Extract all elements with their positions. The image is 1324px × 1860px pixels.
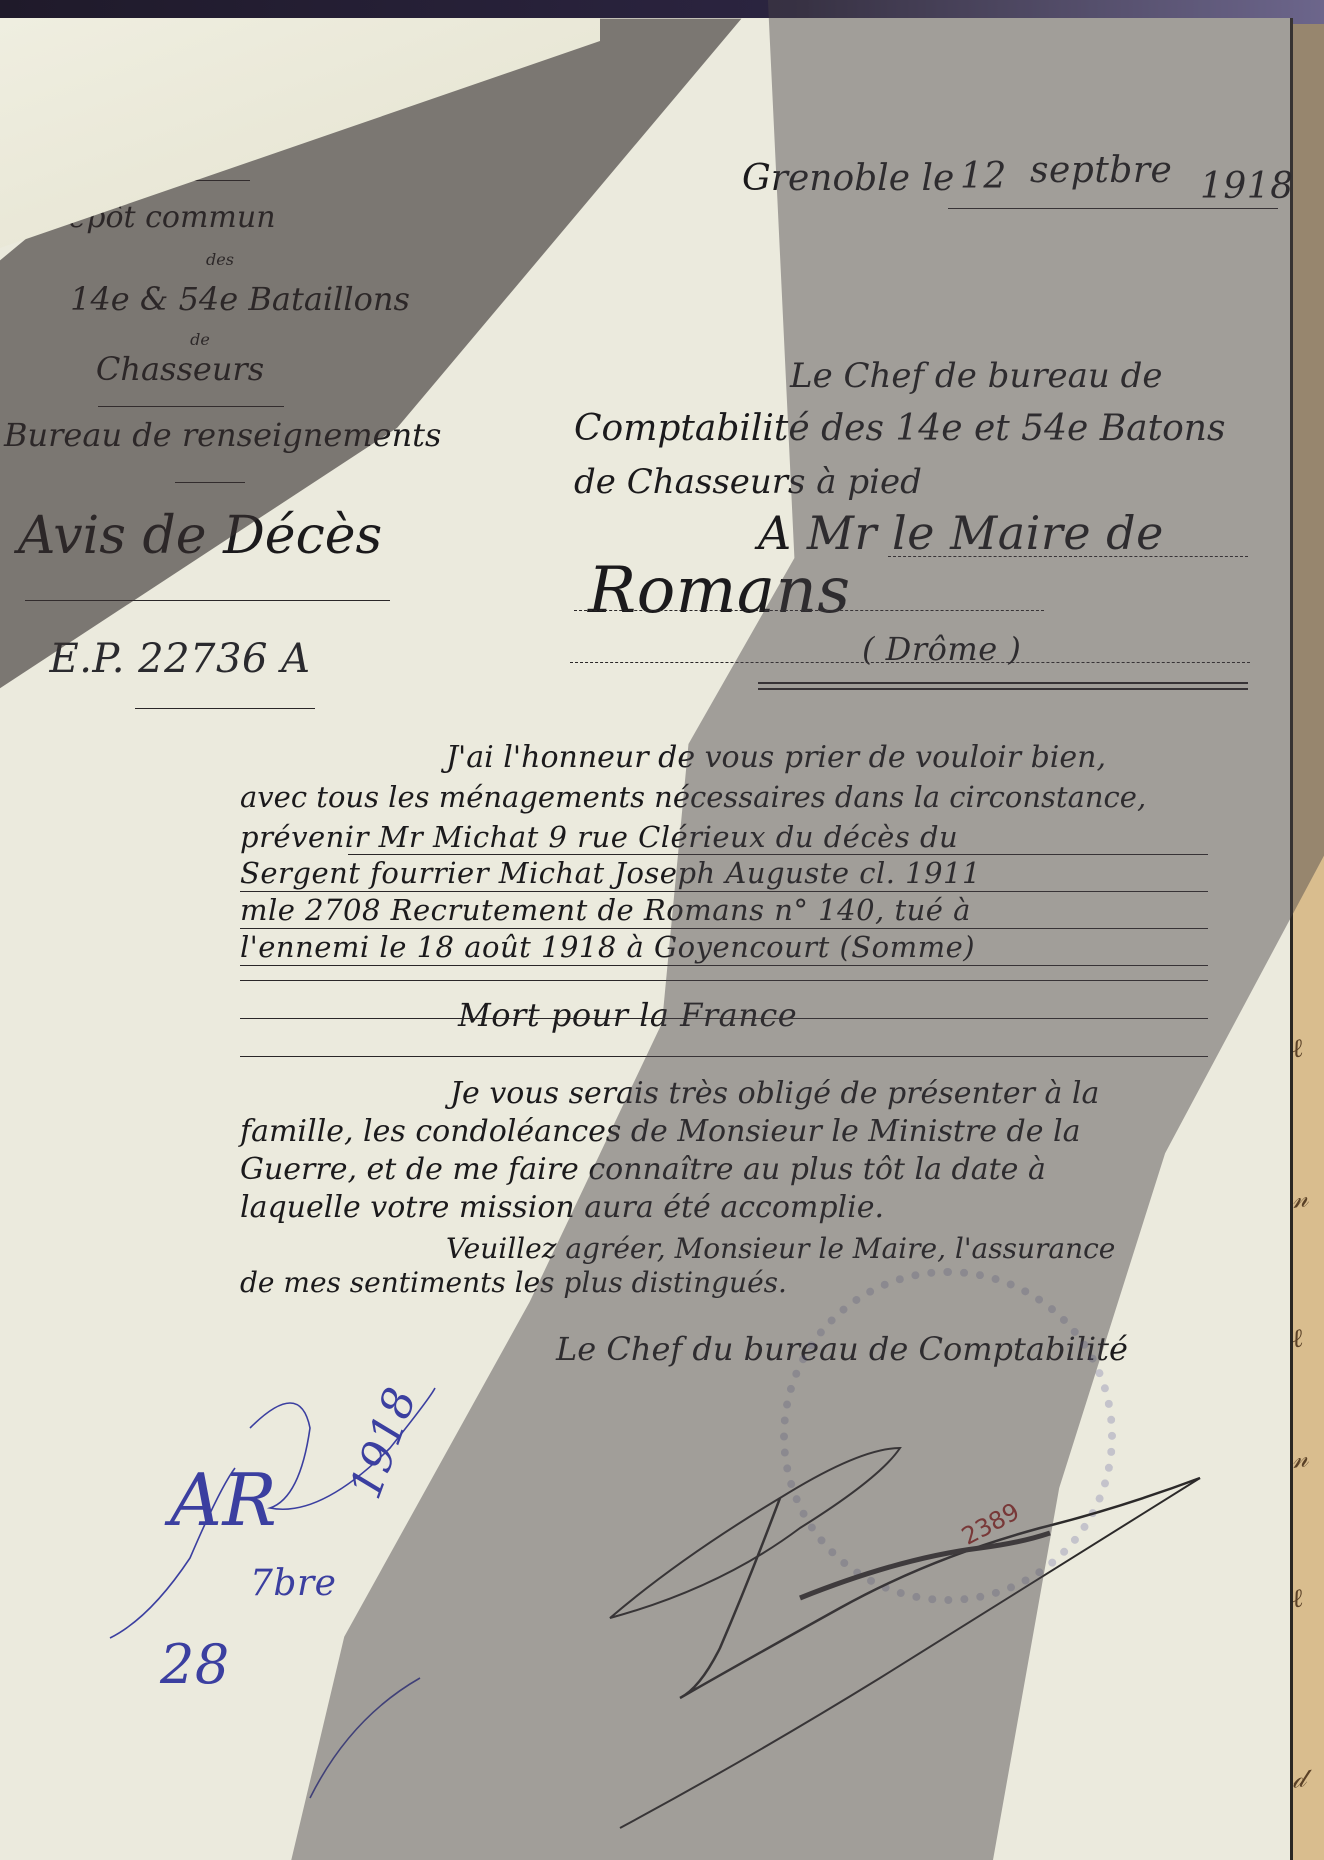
de-label: de xyxy=(0,330,440,349)
recipient-city: Romans xyxy=(588,554,851,628)
des-label: des xyxy=(0,250,460,269)
date-month: septbre xyxy=(1030,150,1172,191)
closing-line: Veuillez agréer, Monsieur le Maire, l'as… xyxy=(446,1232,1115,1265)
recipient-double-rule xyxy=(758,682,1248,684)
divider xyxy=(175,482,245,483)
recipient-rule xyxy=(888,556,1248,557)
fill-in-rule xyxy=(240,928,1208,929)
body-line: l'ennemi le 18 août 1918 à Goyencourt (S… xyxy=(240,930,975,964)
body-line: laquelle votre mission aura été accompli… xyxy=(240,1190,884,1225)
body-line: avec tous les ménagements nécessaires da… xyxy=(240,780,1146,814)
divider xyxy=(25,600,390,601)
fill-in-rule xyxy=(348,854,1208,855)
body-line: J'ai l'honneur de vous prier de vouloir … xyxy=(446,740,1106,775)
fill-in-rule xyxy=(240,1018,1208,1019)
pencil-date-day: 28 xyxy=(160,1633,230,1696)
document-title: Avis de Décès xyxy=(0,506,440,566)
mort-pour-la-france: Mort pour la France xyxy=(458,996,797,1034)
reference-number: E.P. 22736 A xyxy=(0,636,420,682)
bureau-line: Bureau de renseignements xyxy=(0,416,484,454)
sender-line-1: Le Chef de bureau de xyxy=(790,356,1163,396)
signature-flourish xyxy=(600,1418,1220,1838)
fill-in-rule xyxy=(240,1056,1208,1057)
battalions-line: 14e & 54e Bataillons xyxy=(0,280,480,318)
sender-line-2: Comptabilité des 14e et 54e Batons xyxy=(574,408,1225,449)
closing-line: de mes sentiments les plus distingués. xyxy=(240,1266,787,1299)
body-line: Guerre, et de me faire connaître au plus… xyxy=(240,1152,1046,1187)
divider xyxy=(98,406,284,407)
body-line: Sergent fourrier Michat Joseph Auguste c… xyxy=(240,856,981,890)
date-underline xyxy=(948,208,1278,209)
pencil-initials: AR xyxy=(170,1458,277,1542)
divider xyxy=(135,708,315,709)
fill-in-rule xyxy=(240,891,1208,892)
date-day: 12 xyxy=(960,156,1007,197)
chasseurs-line: Chasseurs xyxy=(0,350,420,388)
body-line: prévenir Mr Michat 9 rue Clérieux du déc… xyxy=(240,820,958,854)
place-prefix: Grenoble le xyxy=(742,158,954,199)
recipient-double-rule xyxy=(758,688,1248,690)
date-year: 1918 xyxy=(1200,166,1294,207)
pencil-date-month: 7bre xyxy=(250,1563,336,1604)
body-line: famille, les condoléances de Monsieur le… xyxy=(240,1114,1081,1149)
recipient-line-1: A Mr le Maire de xyxy=(758,506,1164,560)
sender-line-3: de Chasseurs à pied xyxy=(574,462,922,502)
recipient-rule xyxy=(570,662,1250,663)
body-line: mle 2708 Recrutement de Romans n° 140, t… xyxy=(240,893,971,927)
death-notice-page: Région Dépôt commun des 14e & 54e Batail… xyxy=(0,18,1293,1860)
underlying-page: ℓ 𝓃 ℓ 𝓃 ℓ 𝒹 xyxy=(1288,24,1324,1860)
fill-in-rule xyxy=(240,980,1208,981)
body-line: Je vous serais très obligé de présenter … xyxy=(450,1076,1099,1111)
recipient-rule xyxy=(574,610,1044,611)
fill-in-rule xyxy=(240,965,1208,966)
